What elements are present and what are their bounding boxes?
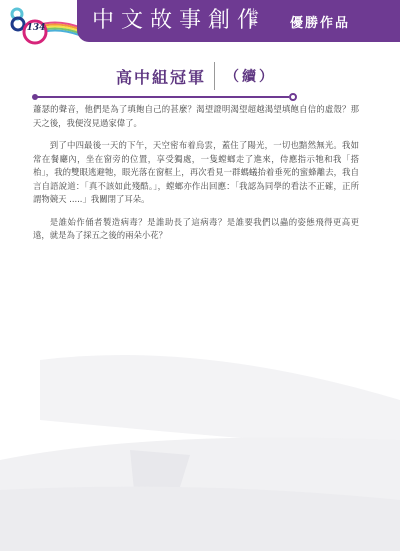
article-body: 蕭瑟的聲音，他們是為了填飽自己的甚麼？渴望證明渴望超越渴望填飽自信的虛殼？那天之… bbox=[33, 103, 359, 252]
section-label: 優勝作品 bbox=[290, 12, 350, 31]
underline-ring-right bbox=[289, 93, 297, 101]
title-group: 高中組 bbox=[116, 65, 170, 88]
background-wave-decoration bbox=[0, 330, 400, 551]
paragraph: 到了中四最後一天的下午，天空密布着烏雲，蓋住了陽光，一切也黯然無光。我如常在餐廳… bbox=[33, 139, 359, 207]
title-underline bbox=[33, 96, 289, 98]
underline-dot-left bbox=[32, 94, 38, 100]
competition-title: 中文故事創作 bbox=[92, 6, 266, 36]
title-continued: （續） bbox=[225, 66, 276, 86]
article-title: 高中組 冠軍 （續） bbox=[116, 62, 276, 90]
paragraph: 蕭瑟的聲音，他們是為了填飽自己的甚麼？渴望證明渴望超越渴望填飽自信的虛殼？那天之… bbox=[33, 103, 359, 130]
competition-suffix: 比賽 bbox=[248, 8, 258, 28]
title-divider bbox=[214, 62, 215, 90]
paragraph: 是誰始作俑者製造病毒？是誰助長了這病毒？是誰要我們以蟲的姿態飛得更高更遠，就是為… bbox=[33, 216, 359, 243]
title-award: 冠軍 bbox=[170, 65, 206, 88]
page-number: 134 bbox=[25, 23, 47, 33]
